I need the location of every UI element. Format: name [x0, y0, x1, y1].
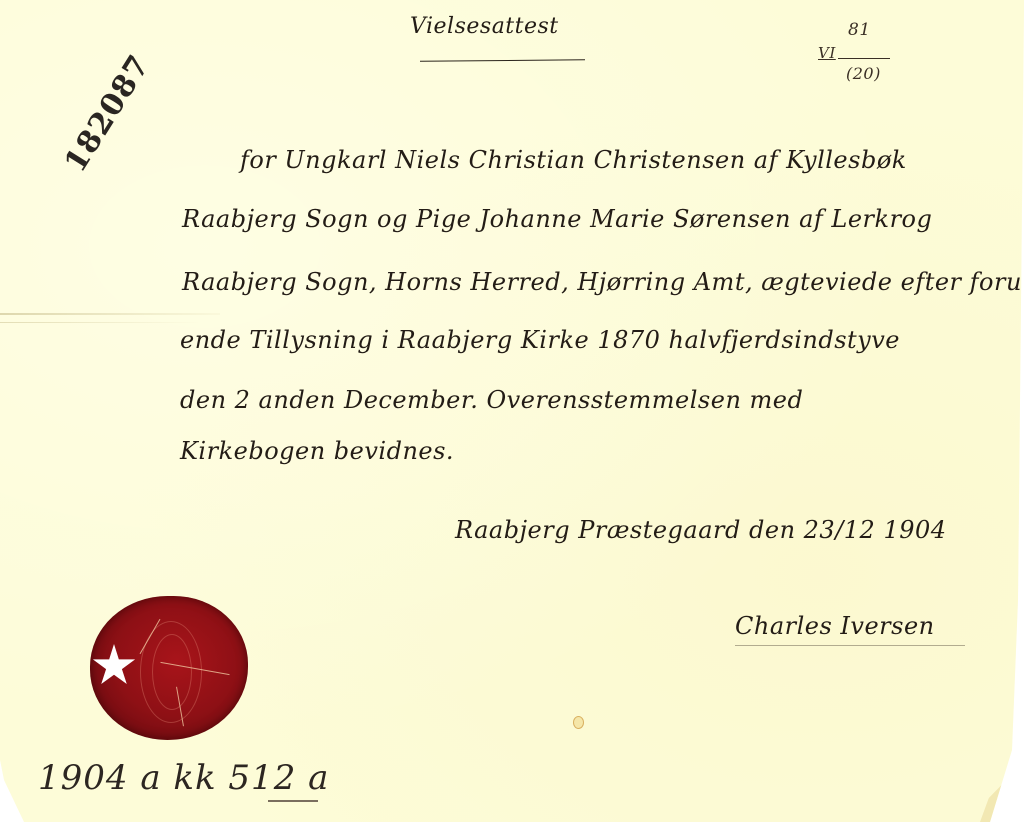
- stamped-number: 182087: [58, 49, 157, 179]
- body-line-3: Raabjerg Sogn, Horns Herred, Hjørring Am…: [182, 268, 1024, 296]
- body-line-5: den 2 anden December. Overensstemmelsen …: [180, 386, 803, 414]
- reference-number: 81: [848, 20, 871, 40]
- paper-stain: [573, 716, 584, 729]
- certificate-sheet: Vielsesattest 81 VI (20) 182087 for Ungk…: [0, 0, 1024, 822]
- document-title: Vielsesattest: [410, 14, 559, 39]
- folded-corner: [980, 762, 1024, 822]
- body-line-2: Raabjerg Sogn og Pige Johanne Marie Søre…: [182, 205, 932, 233]
- archive-note-underline: [268, 800, 318, 802]
- reference-roman: VI: [818, 44, 836, 62]
- paper-fold-line: [0, 313, 220, 315]
- signature-flourish: [735, 645, 965, 646]
- signature: Charles Iversen: [735, 612, 935, 640]
- wax-seal-icon: [90, 596, 248, 740]
- body-line-1: for Ungkarl Niels Christian Christensen …: [240, 146, 907, 174]
- reference-fraction-line: [838, 58, 890, 59]
- seal-punch-hole: [92, 644, 136, 688]
- body-line-6: Kirkebogen bevidnes.: [180, 437, 454, 465]
- archive-note: 1904 a kk 512 a: [38, 758, 329, 798]
- body-line-4: ende Tillysning i Raabjerg Kirke 1870 ha…: [180, 326, 900, 354]
- seal-emboss-inner: [152, 634, 192, 710]
- title-underline: [420, 59, 585, 61]
- paper-fold-line: [0, 322, 200, 323]
- place-and-date: Raabjerg Præstegaard den 23/12 1904: [455, 516, 947, 544]
- reference-denominator: (20): [846, 64, 881, 83]
